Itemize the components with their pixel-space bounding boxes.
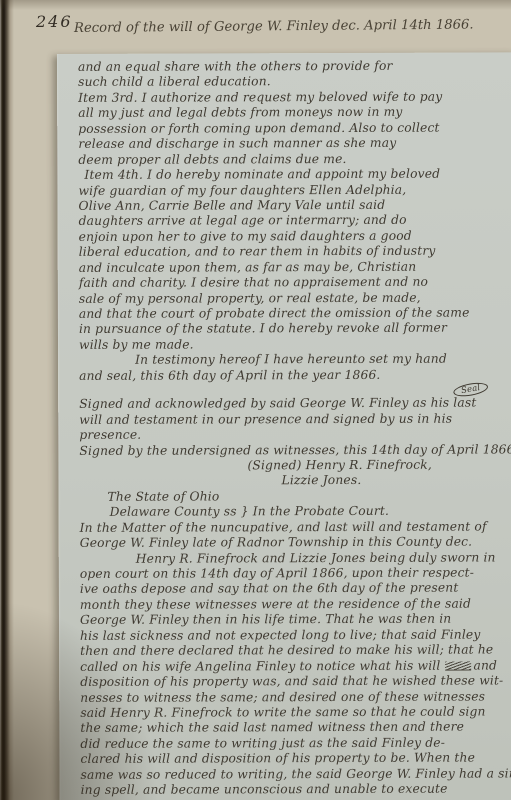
record-line: and seal, this 6th day of April in the y… (79, 367, 511, 384)
record-line: deem proper all debts and claims due me. (78, 151, 511, 168)
scanned-record-book-page: 246 Record of the will of George W. Finl… (0, 0, 511, 800)
record-line: sale of my personal property, or real es… (79, 290, 511, 307)
record-line-text: and (473, 658, 497, 672)
record-line: in pursuance of the statute. I do hereby… (79, 321, 511, 338)
record-line: and inculcate upon them, as far as may b… (79, 259, 511, 276)
record-line: liberal education, and to rear them in h… (79, 244, 511, 261)
record-line: enjoin upon her to give to my said daugh… (79, 228, 511, 245)
record-line: (Signed) Henry R. Finefrock, (79, 457, 511, 474)
record-line: In testimony hereof I have hereunto set … (79, 352, 511, 369)
record-line: Delaware County ss } In the Probate Cour… (80, 504, 511, 521)
record-line: and that the court of probate direct the… (79, 305, 511, 322)
record-line: faith and charity. I desire that no appr… (79, 275, 511, 292)
record-line: and an equal share with the others to pr… (78, 58, 511, 75)
record-line: Olive Ann, Carrie Belle and Mary Vale un… (79, 197, 511, 214)
record-line: wife guardian of my four daughters Ellen… (78, 182, 511, 199)
corner-shadow (0, 600, 160, 800)
top-shadow (0, 0, 511, 10)
record-line: wills by me made. (79, 336, 511, 353)
record-line: open court on this 14th day of April 186… (80, 565, 511, 582)
record-line: will and testament in our presence and s… (79, 411, 511, 428)
record-line: Item 3rd. I authorize and request my bel… (78, 89, 511, 106)
record-line: Signed by the undersigned as witnesses, … (79, 442, 511, 459)
record-line: Henry R. Finefrock and Lizzie Jones bein… (80, 550, 511, 567)
record-line: presence. (79, 426, 511, 443)
record-line: George W. Finley late of Radnor Township… (80, 535, 511, 552)
record-line: ive oaths depose and say that on the 6th… (80, 581, 511, 598)
record-line: release and discharge in such manner as … (78, 136, 511, 153)
record-line: possession or forth coming upon demand. … (78, 120, 511, 137)
page-number: 246 (36, 12, 73, 31)
record-line: such child a liberal education. (78, 74, 511, 91)
record-line: The State of Ohio (80, 488, 511, 505)
record-line: Lizzie Jones. (79, 473, 511, 490)
ink-scribble (445, 661, 471, 670)
record-line: Signed and acknowledged by said George W… (79, 396, 511, 413)
record-line: all my just and legal debts from moneys … (78, 105, 511, 122)
record-line: In the Matter of the nuncupative, and la… (80, 519, 511, 536)
record-line: Item 4th. I do hereby nominate and appoi… (78, 166, 511, 183)
record-header-title: Record of the will of George W. Finley d… (74, 18, 474, 36)
record-line: daughters arrive at legal age or interma… (79, 213, 511, 230)
